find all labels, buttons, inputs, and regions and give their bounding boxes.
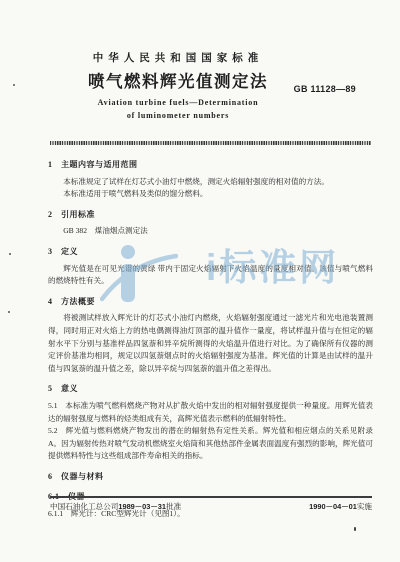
section-1-heading: 1 主题内容与适用范围 — [48, 159, 373, 172]
implementation-date: 1990－04－01 — [309, 502, 357, 511]
section-5-heading: 5 意义 — [48, 383, 373, 396]
approval-date: 1989－03－31 — [118, 502, 166, 511]
section-2-heading: 2 引用标准 — [48, 209, 373, 222]
approval-label: 批准 — [166, 502, 181, 511]
section-4-paragraph: 将被测试样放入辉光计的灯芯式小油灯内燃烧，火焰辐射强度通过一滤光片和光电池装置测… — [48, 312, 373, 375]
header-divider — [50, 141, 371, 145]
scan-speck — [9, 253, 11, 255]
section-2-paragraph: GB 382 煤油烟点测定法 — [48, 225, 373, 238]
document-body: 1 主题内容与适用范围 本标准规定了试样在灯芯式小油灯中燃烧，测定火焰辐射强度的… — [48, 151, 373, 521]
section-4-heading: 4 方法概要 — [48, 296, 373, 309]
approval-org: 中国石油化工总公司 — [50, 502, 118, 511]
english-title-line2: of luminometer numbers — [0, 111, 356, 120]
scan-speck — [8, 311, 10, 313]
scan-speck — [354, 527, 356, 531]
section-3-heading: 3 定义 — [48, 246, 373, 259]
scan-speck — [13, 84, 15, 86]
section-5-1-paragraph: 5.1 本标准为喷气燃料燃烧产物对从扩散火焰中发出的相对辐射强度提供一种量度。用… — [48, 400, 373, 425]
implementation-statement: 1990－04－01实施 — [309, 501, 372, 512]
national-standard-label: 中华人民共和国国家标准 — [0, 50, 356, 65]
english-title-line1: Aviation turbine fuels—Determination — [0, 98, 356, 107]
section-1-paragraph: 本标准规定了试样在灯芯式小油灯中燃烧，测定火焰辐射强度的相对值的方法。 — [48, 176, 373, 189]
section-1-paragraph: 本标准适用于喷气燃料及类似的馏分燃料。 — [48, 188, 373, 201]
section-3-paragraph: 辉光值是在可见光谱的黄绿 带内于固定火焰辐射下火焰温度的量度相对值。该值与喷气燃… — [48, 263, 373, 288]
approval-statement: 中国石油化工总公司1989－03－31批准 — [50, 501, 181, 512]
standard-number: GB 11128—89 — [294, 84, 356, 94]
section-6-heading: 6 仪器与材料 — [48, 471, 373, 484]
implementation-label: 实施 — [357, 502, 372, 511]
section-5-2-paragraph: 5.2 辉光值与燃料燃烧产物发出的潜在的辐射热有定性关系。辉光值和相应烟点的关系… — [48, 425, 373, 463]
document-page: 中华人民共和国国家标准 喷气燃料辉光值测定法 GB 11128—89 Aviat… — [0, 0, 400, 562]
footer-divider — [50, 496, 372, 498]
footer: 中国石油化工总公司1989－03－31批准 1990－04－01实施 — [50, 501, 372, 512]
